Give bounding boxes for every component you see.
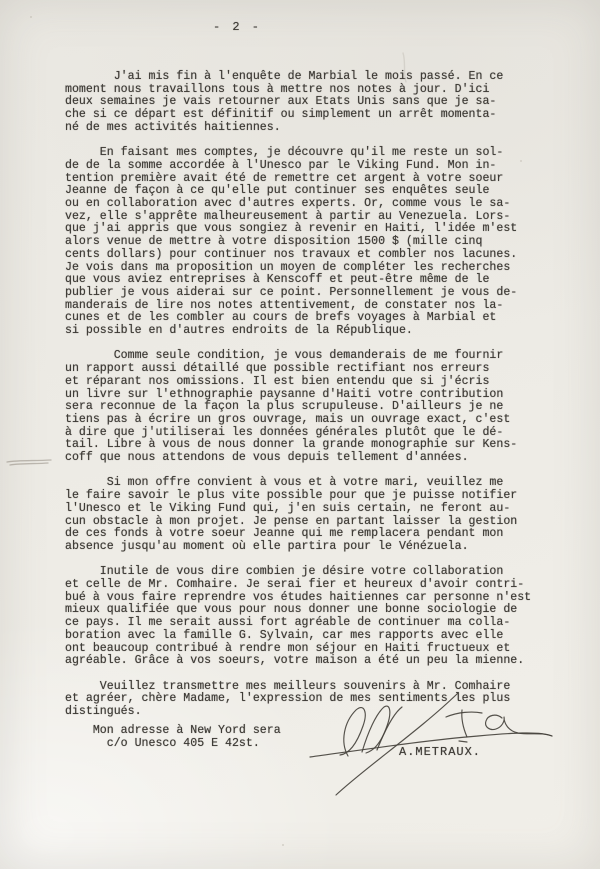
paragraph-4: Si mon offre convient à vous et à votre … [65,477,557,553]
pencil-stroke-2 [10,463,48,465]
paper-speck [282,844,284,846]
paragraph-2: En faisant mes comptes, je découvre qu'i… [65,147,557,338]
signature-typed-name: A.METRAUX. [399,745,481,759]
address-block: Mon adresse à New Yord sera c/o Unesco 4… [65,725,557,750]
pencil-margin-mark-icon [4,454,58,470]
paper-speck [30,16,32,18]
pencil-stroke-1 [7,460,51,462]
scanned-letter-page: - 2 - J'ai mis fin à l'enquête de Marbia… [0,0,600,869]
paragraph-6-closing: Veuillez transmettre mes meilleurs souve… [65,681,557,719]
paragraph-5: Inutile de vous dire combien je désire v… [65,566,557,668]
paper-smudge-icon [399,52,411,84]
smudge-stroke [403,53,406,82]
paper-speck [520,160,522,162]
page-number: - 2 - [213,20,262,34]
paragraph-1: J'ai mis fin à l'enquête de Marbial le m… [65,71,557,135]
paragraph-3: Comme seule condition, je vous demandera… [65,350,557,464]
letter-body: J'ai mis fin à l'enquête de Marbial le m… [65,71,557,764]
